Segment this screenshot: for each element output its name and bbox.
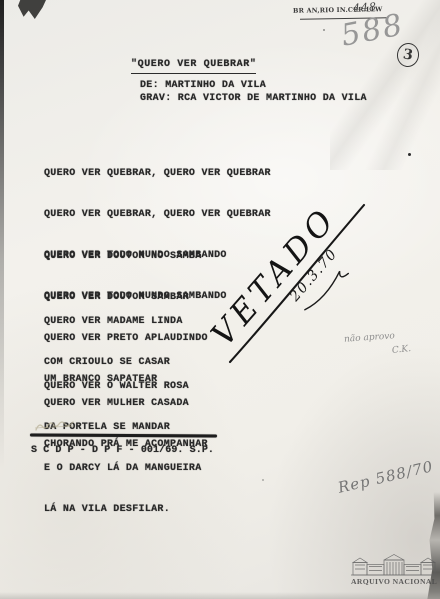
lyric-line: E O DARCY LÁ DA MANGUEIRA bbox=[44, 462, 202, 476]
circled-sheet-number: 3 bbox=[395, 41, 420, 68]
author-credit: DE: MARTINHO DA VILA bbox=[140, 79, 266, 93]
veto-annotation: VETADO 20.3.70 bbox=[210, 192, 385, 377]
lyric-line: LÁ NA VILA DESFILAR. bbox=[44, 503, 202, 517]
rep-number-note: Rep 588/70 bbox=[336, 457, 435, 496]
pencil-speck bbox=[323, 29, 325, 31]
pencil-page-number: 588 bbox=[338, 7, 407, 53]
censorship-reference: S C D P - D P F - 001/69. S.P. bbox=[31, 444, 214, 458]
pencil-initials: C.K. bbox=[392, 344, 412, 356]
ink-speck bbox=[408, 153, 411, 156]
bottom-edge-shadow bbox=[0, 592, 440, 599]
lyric-line: QUERO VER DOUTOR NO SAMBA bbox=[44, 250, 208, 264]
lyric-line: QUERO VER O WALTER ROSA bbox=[44, 380, 202, 394]
national-archive-building-icon bbox=[351, 553, 437, 576]
arquivo-nacional-watermark: ARQUIVO NACIONAL bbox=[351, 553, 437, 586]
lyric-line: QUERO VER QUEBRAR, QUERO VER QUEBRAR bbox=[44, 167, 271, 181]
left-edge-shadow bbox=[0, 0, 4, 470]
paper-speck bbox=[262, 479, 264, 481]
song-title: "QUERO VER QUEBRAR" bbox=[131, 58, 256, 74]
watermark-label: ARQUIVO NACIONAL bbox=[351, 577, 437, 586]
circled-number-value: 3 bbox=[402, 46, 414, 63]
lyric-line: QUERO VER MADAME LINDA bbox=[44, 315, 208, 329]
recording-credit: GRAV: RCA VICTOR DE MARTINHO DA VILA bbox=[140, 92, 367, 106]
pencil-opinion-note: não aprovo bbox=[344, 331, 395, 345]
torn-corner-mark bbox=[18, 0, 46, 19]
veto-word: VETADO bbox=[210, 199, 344, 353]
censorship-document-scan: BR AN,RIO IN.CPR.LLW 448 588 3 "QUERO VE… bbox=[0, 0, 440, 599]
